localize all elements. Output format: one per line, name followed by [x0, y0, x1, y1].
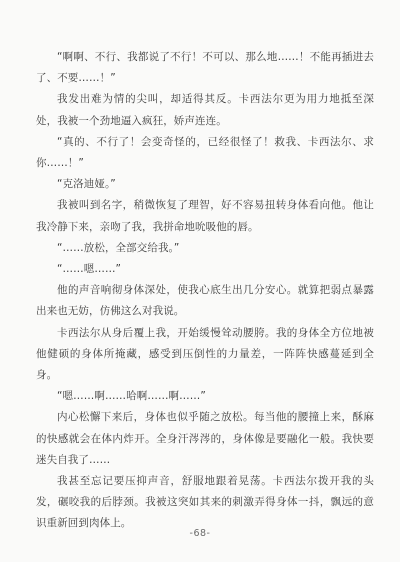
paragraph-narration: 他的声音响彻身体深处，使我心底生出几分安心。就算把弱点暴露出来也无妨，仿佛这么对…: [36, 280, 374, 322]
paragraph-narration: 内心松懈下来后，身体也似乎随之放松。每当他的腰撞上来，酥麻的快感就会在体内炸开。…: [36, 407, 374, 471]
paragraph-narration: 卡西法尔从身后覆上我，开始缓慢耸动腰胯。我的身体全方位地被他健硕的身体所掩藏，感…: [36, 323, 374, 387]
paragraph-dialogue: “……嗯……”: [36, 259, 374, 280]
paragraph-dialogue: “嗯……啊……哈啊……啊……”: [36, 386, 374, 407]
paragraph-dialogue: “……放松，全部交给我。”: [36, 238, 374, 259]
page-number: -68-: [190, 528, 211, 539]
paragraph-dialogue: “克洛迪娅。”: [36, 174, 374, 195]
page-body: “啊啊、不行、我都说了不行！不可以、那么地……！不能再插进去了、不要……！”我发…: [36, 47, 374, 535]
paragraph-narration: 我被叫到名字，稍微恢复了理智，好不容易扭转身体看向他。他让我冷静下来，亲吻了我，…: [36, 195, 374, 237]
paragraph-dialogue: “啊啊、不行、我都说了不行！不可以、那么地……！不能再插进去了、不要……！”: [36, 47, 374, 89]
paragraph-dialogue: “真的、不行了！会变奇怪的，已经很怪了！救我、卡西法尔、求你……！”: [36, 132, 374, 174]
document-page: “啊啊、不行、我都说了不行！不可以、那么地……！不能再插进去了、不要……！”我发…: [0, 0, 400, 562]
page-footer: -68-: [0, 521, 400, 540]
paragraph-narration: 我发出难为情的尖叫，却适得其反。卡西法尔更为用力地抵至深处，我被一个劲地逼入疯狂…: [36, 89, 374, 131]
